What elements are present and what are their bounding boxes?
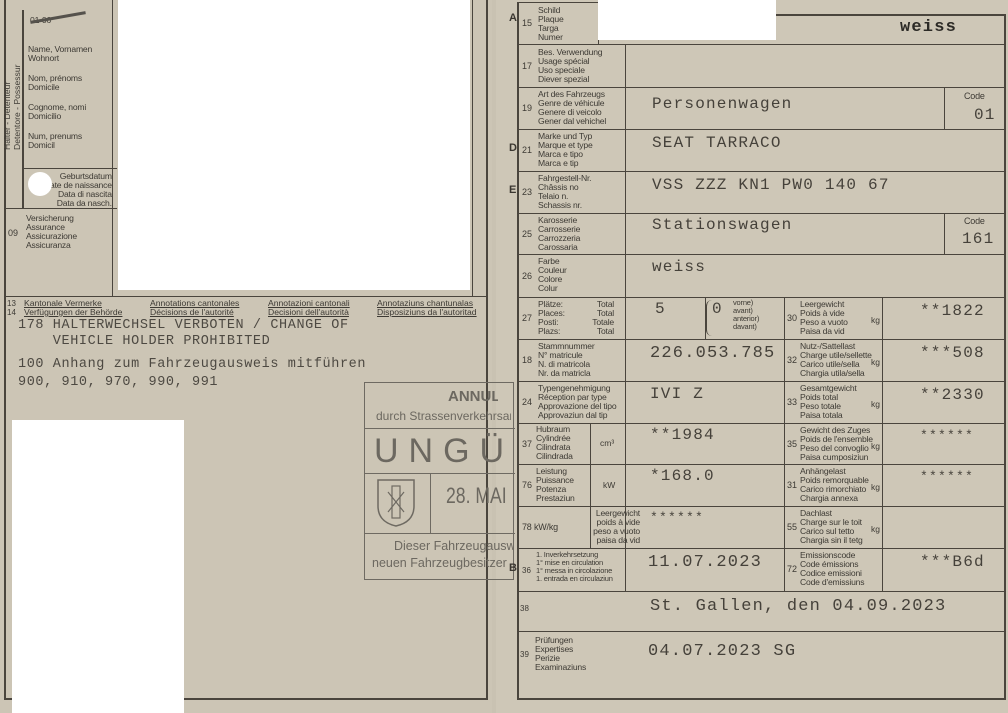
- section-letter-a: A: [509, 12, 517, 24]
- first-registration-value: 11.07.2023: [648, 553, 762, 572]
- row-72-number: 72: [787, 564, 797, 574]
- redacted-area: [12, 420, 184, 713]
- row-39-number: 39: [520, 650, 529, 659]
- empty-weight-unit: kg: [871, 315, 880, 325]
- vehicle-kind-value: Personenwagen: [652, 95, 792, 113]
- annotation-header-it: Annotazioni cantonaliDecisioni dell'auto…: [268, 299, 350, 317]
- roof-load-label: DachlastCharge sur le toitCarico sul tet…: [800, 509, 863, 545]
- row-23-number: 23: [522, 187, 532, 197]
- annotation-line-2: VEHICLE HOLDER PROHIBITED: [18, 333, 270, 351]
- payload-unit: kg: [871, 357, 880, 367]
- matricule-label: StammnummerN° matriculeN. di matricolaNr…: [538, 342, 595, 378]
- train-weight-label: Gewicht des ZugesPoids de l'ensemblePeso…: [800, 426, 873, 462]
- coat-of-arms-icon: [376, 478, 416, 528]
- cylinder-label: HubraumCylindréeCilindrataCilindrada: [536, 425, 573, 461]
- annotation-number-14: 14: [7, 308, 16, 317]
- type-approval-value: IVI Z: [650, 385, 704, 403]
- first-registration-label: 1. Inverkehrsetzung1° mise en circulatio…: [536, 551, 613, 583]
- total-weight-value: **2330: [920, 386, 985, 404]
- header-color-value: weiss: [900, 18, 957, 37]
- annotation-number-13: 13: [7, 299, 16, 308]
- row-37-number: 37: [522, 439, 532, 449]
- vehicle-kind-code-label: Code: [964, 92, 985, 101]
- stamp-date-text: 28. MAI: [446, 483, 507, 509]
- holder-name-label-de: Name, VornamenWohnort: [28, 45, 92, 63]
- body-type-code-label: Code: [964, 217, 985, 226]
- row-36-number: 36: [522, 566, 531, 575]
- row-31-number: 31: [787, 480, 797, 490]
- power-weight-label: Leergewichtpoids à videpeso a vuotopaisa…: [570, 509, 640, 545]
- row-33-number: 33: [787, 397, 797, 407]
- insurance-label: Versicherung Assurance Assicurazione Ass…: [26, 214, 77, 250]
- emission-code-value: ***B6d: [920, 553, 985, 571]
- stamp-annulled-text: ANNULLIERT: [448, 388, 498, 405]
- row-15-number: 15: [522, 18, 532, 28]
- inspections-value: 04.07.2023 SG: [648, 642, 796, 661]
- row-26-number: 26: [522, 271, 532, 281]
- holder-name-label-rm: Num, prenumsDomicil: [28, 132, 82, 150]
- make-model-value: SEAT TARRACO: [652, 134, 782, 152]
- row-17-label: Bes. VerwendungUsage spécialUso speciale…: [538, 48, 602, 84]
- row-38-number: 38: [520, 604, 529, 613]
- row-24-number: 24: [522, 397, 532, 407]
- power-label: LeistungPuissancePotenzaPrestaziun: [536, 467, 575, 503]
- redacted-holder-info: [118, 0, 470, 290]
- row-32-number: 32: [787, 355, 797, 365]
- seats-front-label: vorne)avant)anterior)davant): [733, 299, 759, 331]
- stamp-authority-text: durch Strassenverkehrsamt: [376, 409, 511, 423]
- power-weight-value: ******: [650, 510, 704, 525]
- stamp-footer-1: Dieser Fahrzeugausweis: [394, 539, 514, 553]
- power-unit: kW: [603, 480, 615, 490]
- holder-name-label-fr: Nom, prénomsDomicile: [28, 74, 82, 92]
- row-25-number: 25: [522, 229, 532, 239]
- row-19-label: Art des FahrzeugsGenre de véhiculeGenere…: [538, 90, 606, 126]
- stamp-invalid-text: UNGÜLTIG: [374, 432, 514, 471]
- annotation-line-4: 900, 910, 970, 990, 991: [18, 374, 218, 392]
- empty-weight-value: **1822: [920, 302, 985, 320]
- stamp-footer-2: neuen Fahrzeugbesitzer: [372, 556, 510, 570]
- section-letter-b: B: [509, 562, 517, 574]
- power-value: *168.0: [650, 467, 715, 485]
- holder-name-label-it: Cognome, nomiDomicilio: [28, 103, 86, 121]
- row-76-number: 76: [522, 480, 532, 490]
- row-18-number: 18: [522, 355, 532, 365]
- type-approval-label: TypengenehmigungRéception par typeApprov…: [538, 384, 616, 420]
- row-19-number: 19: [522, 103, 532, 113]
- seats-total-value: 5: [655, 300, 666, 318]
- place-date-value: St. Gallen, den 04.09.2023: [650, 597, 946, 616]
- train-weight-value: ******: [920, 428, 974, 443]
- redacted-plate-number: [598, 0, 776, 40]
- body-type-value: Stationswagen: [652, 216, 792, 234]
- trailer-load-unit: kg: [871, 482, 880, 492]
- cylinder-value: **1984: [650, 426, 715, 444]
- row-35-number: 35: [787, 439, 797, 449]
- trailer-load-label: AnhängelastPoids remorquableCarico rimor…: [800, 467, 869, 503]
- holder-vertical-label: Halter - Détenteur Detentore - Possessur: [2, 40, 24, 150]
- row-23-label: Fahrgestell-Nr.Châssis noTelaio n.Schass…: [538, 174, 591, 210]
- section-letter-e: E: [509, 184, 516, 196]
- seats-label: Plätze:Total Places:Total Posti:Totale P…: [538, 300, 614, 336]
- seats-front-value: 0: [712, 300, 723, 318]
- vehicle-kind-code: 01: [974, 106, 996, 124]
- color-value: weiss: [652, 258, 706, 276]
- matricule-value: 226.053.785: [650, 344, 775, 363]
- chassis-number-value: VSS ZZZ KN1 PW0 140 67: [652, 176, 890, 194]
- annotation-header-de: Kantonale VermerkeVerfügungen der Behörd…: [24, 299, 122, 317]
- total-weight-label: GesamtgewichtPoids totalPeso totalePaisa…: [800, 384, 857, 420]
- row-25-label: KarosserieCarrosserieCarrozzeriaCarossar…: [538, 216, 580, 252]
- power-weight-label-prefix: 78 kW/kg: [522, 523, 558, 532]
- row-15-label: SchildPlaqueTargaNumer: [538, 6, 564, 42]
- empty-weight-label: LeergewichtPoids à videPeso a vuotoPaisa…: [800, 300, 848, 336]
- punch-hole: [28, 172, 52, 196]
- emission-code-label: EmissionscodeCode émissionsCodice emissi…: [800, 551, 864, 587]
- train-weight-unit: kg: [871, 441, 880, 451]
- payload-value: ***508: [920, 344, 985, 362]
- annotation-header-rm: Annotaziuns chantunalasDisposiziuns da l…: [377, 299, 477, 317]
- row-30-number: 30: [787, 313, 797, 323]
- section-letter-d: D: [509, 142, 517, 154]
- annotation-line-3: 100 Anhang zum Fahrzeugausweis mitführen: [18, 356, 366, 374]
- total-weight-unit: kg: [871, 399, 880, 409]
- cylinder-unit: cm³: [600, 438, 614, 448]
- roof-load-unit: kg: [871, 524, 880, 534]
- row-21-label: Marke und TypMarque et typeMarca e tipoM…: [538, 132, 593, 168]
- insurance-number: 09: [8, 228, 18, 238]
- row-27-number: 27: [522, 313, 532, 323]
- body-type-code: 161: [962, 230, 994, 248]
- row-26-label: FarbeCouleurColoreColur: [538, 257, 567, 293]
- row-21-number: 21: [522, 145, 532, 155]
- trailer-load-value: ******: [920, 469, 974, 484]
- inspections-label: PrüfungenExpertisesPerizieExaminaziuns: [535, 636, 586, 672]
- payload-label: Nutz-/SattellastCharge utile/selletteCar…: [800, 342, 872, 378]
- annotation-header-fr: Annotations cantonalesDécisions de l'aut…: [150, 299, 239, 317]
- row-17-number: 17: [522, 61, 532, 71]
- row-55-number: 55: [787, 522, 797, 532]
- birthdate-label: Geburtsdatum Date de naissance Data di n…: [44, 172, 112, 208]
